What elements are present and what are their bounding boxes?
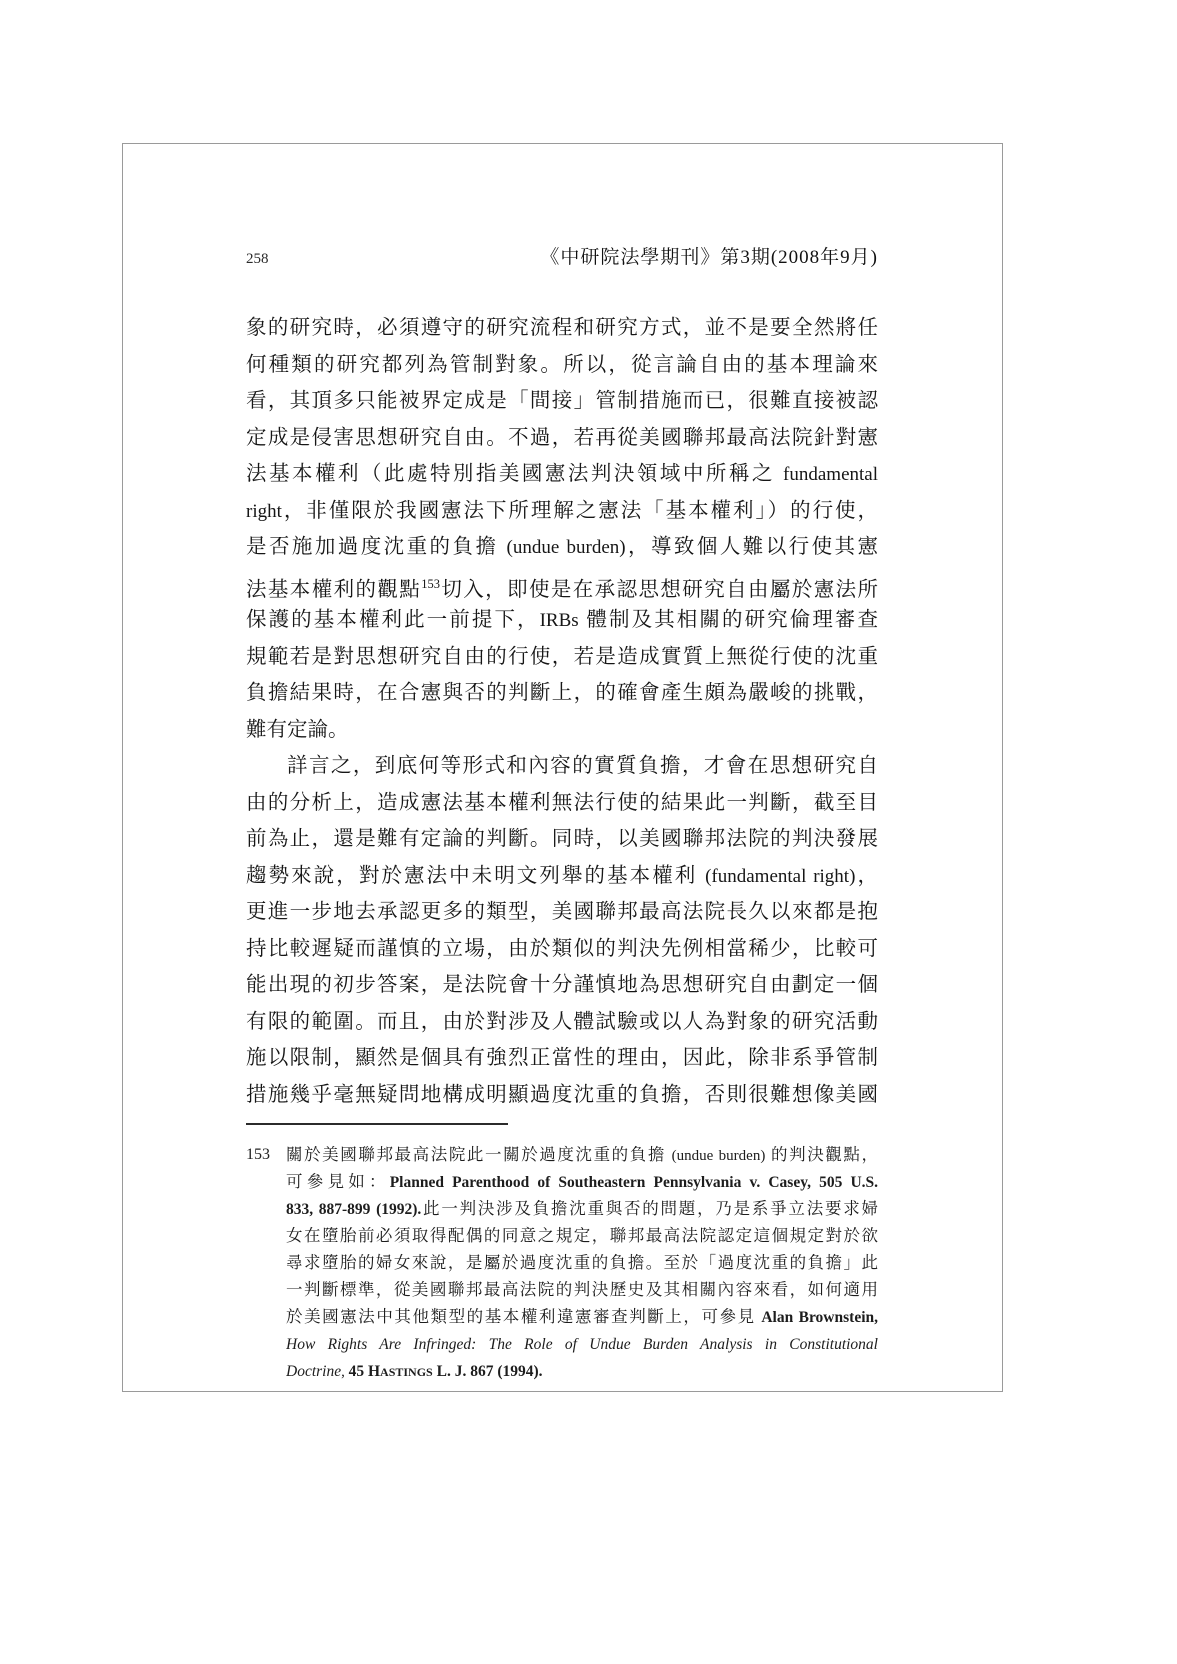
footnote-line-segment: Planned Parenthood of Southeastern Penns… (390, 1174, 878, 1191)
body-line-segment: IRBs (540, 610, 579, 631)
footnote-line-segment: 45 H (349, 1363, 380, 1380)
footnote-line-segment: 此一判決涉及負擔沈重與否的問題，乃是系爭立法要求婦 (421, 1199, 878, 1218)
page-border: 258 《中研院法學期刊》第3期(2008年9月) 象的研究時，必須遵守的研究流… (122, 143, 1003, 1392)
footnote-line: 於美國憲法中其他類型的基本權利違憲審查判斷上，可參見 Alan Brownste… (286, 1303, 878, 1330)
footnote-line: 833, 887-899 (1992).此一判決涉及負擔沈重與否的問題，乃是系爭… (286, 1195, 878, 1222)
page-canvas: 258 《中研院法學期刊》第3期(2008年9月) 象的研究時，必須遵守的研究流… (0, 0, 1177, 1664)
body-line-segment: 定成是侵害思想研究自由。不過，若再從美國聯邦最高法院針對憲 (246, 426, 878, 449)
footnote-line-segment: Doctrine (286, 1363, 341, 1380)
body-line: 規範若是對思想研究自由的行使，若是造成實質上無從行使的沈重 (246, 639, 878, 676)
body-line: 定成是侵害思想研究自由。不過，若再從美國聯邦最高法院針對憲 (246, 420, 878, 457)
body-line: 法基本權利的觀點153切入，即使是在承認思想研究自由屬於憲法所 (246, 566, 878, 603)
body-line-segment: 負擔結果時，在合憲與否的判斷上，的確會產生頗為嚴峻的挑戰， (246, 681, 878, 704)
body-line: 前為止，還是難有定論的判斷。同時，以美國聯邦法院的判決發展 (246, 821, 878, 858)
body-line-segment: 體制及其相關的研究倫理審查 (579, 608, 878, 631)
body-line-segment: 象的研究時，必須遵守的研究流程和研究方式，並不是要全然將任 (246, 316, 878, 339)
body-line: 更進一步地去承認更多的類型，美國聯邦最高法院長久以來都是抱 (246, 894, 878, 931)
footnote-line-segment: 一判斷標準，從美國聯邦最高法院的判決歷史及其相關內容來看，如何適用 (286, 1280, 878, 1299)
body-line: 施以限制，顯然是個具有強烈正當性的理由，因此，除非系爭管制 (246, 1040, 878, 1077)
footnote-line-segment: 女在墮胎前必須取得配偶的同意之規定，聯邦最高法院認定這個規定對於欲 (286, 1226, 878, 1245)
body-line: 保護的基本權利此一前提下，IRBs 體制及其相關的研究倫理審查 (246, 602, 878, 639)
body-line-segment: 更進一步地去承認更多的類型，美國聯邦最高法院長久以來都是抱 (246, 900, 878, 923)
body-line: 詳言之，到底何等形式和內容的實質負擔，才會在思想研究自 (246, 748, 878, 785)
footnote-line-segment: 的判決觀點， (765, 1145, 878, 1164)
body-line-segment: 前為止，還是難有定論的判斷。同時，以美國聯邦法院的判決發展 (246, 827, 878, 850)
body-line: 措施幾乎毫無疑問地構成明顯過度沈重的負擔，否則很難想像美國 (246, 1077, 878, 1114)
body-line: 有限的範圍。而且，由於對涉及人體試驗或以人為對象的研究活動 (246, 1004, 878, 1041)
body-line-segment: 何種類的研究都列為管制對象。所以，從言論自由的基本理論來 (246, 353, 878, 376)
body-line-segment: 法基本權利（此處特別指美國憲法判決領域中所稱之 (246, 462, 783, 485)
body-line-segment: 施以限制，顯然是個具有強烈正當性的理由，因此，除非系爭管制 (246, 1046, 878, 1069)
body-line-segment: 切入，即使是在承認思想研究自由屬於憲法所 (440, 578, 878, 601)
body-line-segment: 持比較遲疑而謹慎的立場，由於類似的判決先例相當稀少，比較可 (246, 937, 878, 960)
body-line-segment: ， (855, 864, 878, 887)
footnote-line-segment: 833, 887-899 (1992). (286, 1201, 421, 1218)
footnote-line-segment: How Rights Are Infringed: The Role of Un… (286, 1336, 878, 1353)
body-line: 難有定論。 (246, 712, 878, 749)
footnote-line: 關於美國聯邦最高法院此一關於過度沈重的負擔 (undue burden) 的判決… (286, 1141, 878, 1168)
body-line: 象的研究時，必須遵守的研究流程和研究方式，並不是要全然將任 (246, 310, 878, 347)
body-line-segment: (fundamental right) (705, 866, 855, 887)
footnote-line-segment: 可參見如： (286, 1172, 390, 1191)
footnote-text: 關於美國聯邦最高法院此一關於過度沈重的負擔 (undue burden) 的判決… (286, 1141, 878, 1384)
footnote-line-segment: Alan Brownstein, (761, 1309, 878, 1326)
body-line-segment: 153 (421, 577, 440, 591)
footnote-line: 可參見如：Planned Parenthood of Southeastern … (286, 1168, 878, 1195)
body-line-segment: 由的分析上，造成憲法基本權利無法行使的結果此一判斷，截至目 (246, 791, 878, 814)
body-line-segment: (undue burden) (507, 537, 626, 558)
body-line-segment: 保護的基本權利此一前提下， (246, 608, 540, 631)
body-line-segment: 規範若是對思想研究自由的行使，若是造成實質上無從行使的沈重 (246, 645, 878, 668)
body-line: right，非僅限於我國憲法下所理解之憲法「基本權利」）的行使， (246, 493, 878, 530)
body-line: 由的分析上，造成憲法基本權利無法行使的結果此一判斷，截至目 (246, 785, 878, 822)
body-line-segment: 難有定論。 (246, 718, 349, 741)
body-line-segment: 是否施加過度沈重的負擔 (246, 535, 507, 558)
body-line-segment: 趨勢來說，對於憲法中未明文列舉的基本權利 (246, 864, 705, 887)
footnote-line-segment: 關於美國聯邦最高法院此一關於過度沈重的負擔 (286, 1145, 672, 1164)
footnote-line: 尋求墮胎的婦女來說，是屬於過度沈重的負擔。至於「過度沈重的負擔」此 (286, 1249, 878, 1276)
footnote-number: 153 (246, 1141, 286, 1384)
footnote-line: Doctrine, 45 HASTINGS L. J. 867 (1994). (286, 1357, 878, 1384)
body-line: 是否施加過度沈重的負擔 (undue burden)，導致個人難以行使其憲 (246, 529, 878, 566)
footnote-line-segment: ASTINGS (380, 1365, 433, 1379)
footnote-line: How Rights Are Infringed: The Role of Un… (286, 1330, 878, 1357)
footnote-line-segment: 於美國憲法中其他類型的基本權利違憲審查判斷上，可參見 (286, 1307, 761, 1326)
footnote: 153 關於美國聯邦最高法院此一關於過度沈重的負擔 (undue burden)… (246, 1141, 878, 1384)
body-text: 象的研究時，必須遵守的研究流程和研究方式，並不是要全然將任何種類的研究都列為管制… (246, 310, 878, 1113)
body-line-segment: right (246, 501, 282, 522)
body-line-segment: ，導致個人難以行使其憲 (626, 535, 878, 558)
body-line-segment: 詳言之，到底何等形式和內容的實質負擔，才會在思想研究自 (287, 754, 878, 777)
footnote-line-segment: 尋求墮胎的婦女來說，是屬於過度沈重的負擔。至於「過度沈重的負擔」此 (286, 1253, 878, 1272)
body-line: 能出現的初步答案，是法院會十分謹慎地為思想研究自由劃定一個 (246, 967, 878, 1004)
page-number: 258 (246, 251, 269, 268)
body-line-segment: ，非僅限於我國憲法下所理解之憲法「基本權利」）的行使， (282, 499, 878, 522)
body-line-segment: 法基本權利的觀點 (246, 578, 421, 601)
body-line-segment: 能出現的初步答案，是法院會十分謹慎地為思想研究自由劃定一個 (246, 973, 878, 996)
footnote-line: 女在墮胎前必須取得配偶的同意之規定，聯邦最高法院認定這個規定對於欲 (286, 1222, 878, 1249)
page-header: 258 《中研院法學期刊》第3期(2008年9月) (246, 242, 878, 269)
journal-title: 《中研院法學期刊》第3期(2008年9月) (540, 242, 878, 269)
body-line: 法基本權利（此處特別指美國憲法判決領域中所稱之 fundamental (246, 456, 878, 493)
footnote-separator (246, 1123, 508, 1125)
body-line-segment: 有限的範圍。而且，由於對涉及人體試驗或以人為對象的研究活動 (246, 1010, 878, 1033)
footnote-line-segment: (undue burden) (672, 1148, 766, 1164)
body-line: 持比較遲疑而謹慎的立場，由於類似的判決先例相當稀少，比較可 (246, 931, 878, 968)
footnote-line-segment: L. J. 867 (1994). (433, 1363, 543, 1380)
body-line-segment: 措施幾乎毫無疑問地構成明顯過度沈重的負擔，否則很難想像美國 (246, 1083, 878, 1106)
body-line: 趨勢來說，對於憲法中未明文列舉的基本權利 (fundamental right)… (246, 858, 878, 895)
body-line: 何種類的研究都列為管制對象。所以，從言論自由的基本理論來 (246, 347, 878, 384)
body-line: 看，其頂多只能被界定成是「間接」管制措施而已，很難直接被認 (246, 383, 878, 420)
body-line: 負擔結果時，在合憲與否的判斷上，的確會產生頗為嚴峻的挑戰， (246, 675, 878, 712)
body-line-segment: fundamental (783, 464, 878, 485)
footnote-line-segment: , (341, 1364, 349, 1380)
body-line-segment: 看，其頂多只能被界定成是「間接」管制措施而已，很難直接被認 (246, 389, 878, 412)
footnote-line: 一判斷標準，從美國聯邦最高法院的判決歷史及其相關內容來看，如何適用 (286, 1276, 878, 1303)
